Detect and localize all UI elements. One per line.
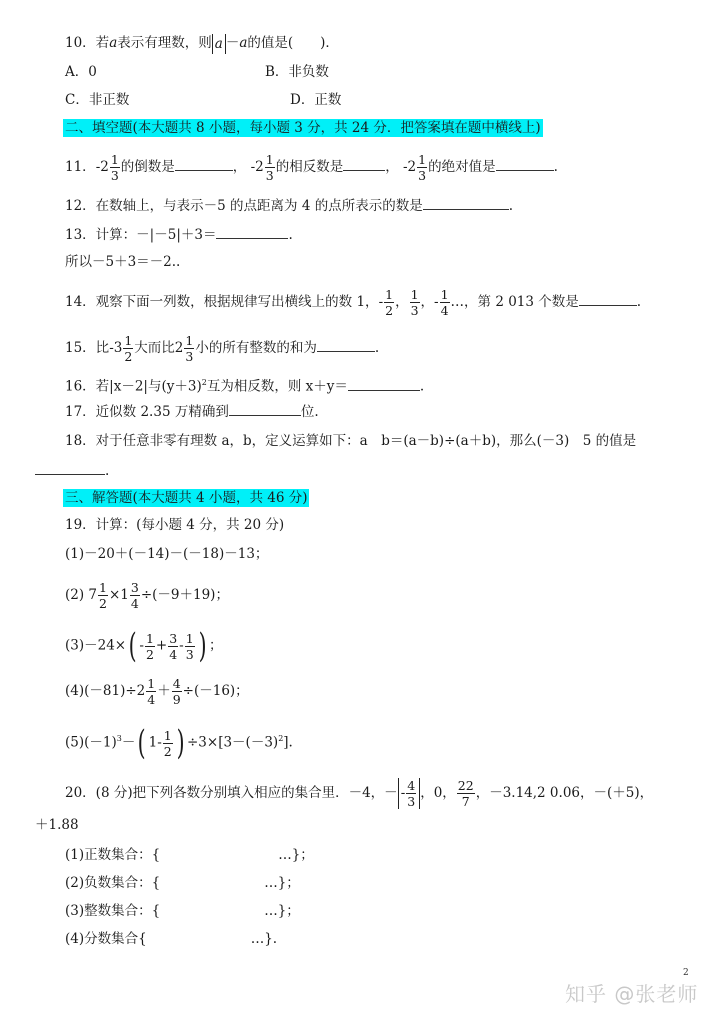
q13-note: 所以－5＋3＝－2.. [65,252,180,272]
answer-blank[interactable] [229,401,301,416]
period: . [105,463,109,479]
section-2-heading-text: 二、填空题(本大题共 8 小题，每小题 3 分，共 24 分．把答案填在题中横线… [63,119,543,137]
fraction: 14 [440,287,450,318]
answer-blank[interactable] [160,845,278,859]
period: . [288,227,292,243]
comma: ， [385,159,399,175]
answer-blank[interactable] [496,156,554,171]
q19-part-1: (1)－20＋(－14)－(－18)－13； [65,544,268,564]
q15-text: 15．比 [65,340,109,356]
mixed-whole: 2 [175,340,184,356]
watermark: 知乎 @张老师 [565,978,698,1007]
q11-text: 的相反数是 [276,159,344,175]
q13-text: 13．计算：－|－5|＋3＝ [65,227,216,243]
q20-continuation: ＋1.88 [35,815,79,835]
q19-part-2: (2) 712×134÷(－9＋19)； [65,580,229,611]
fraction: 13 [110,152,120,183]
answer-blank[interactable] [147,929,251,943]
set-negative: (2)负数集合：{…}； [65,873,300,893]
set-fraction: (4)分数集合{…}. [65,929,277,949]
period: . [420,379,424,395]
q11-number: 11． [65,159,96,175]
q17-end: 位. [301,404,319,420]
set-integer: (3)整数集合：{…}； [65,901,300,921]
q12-text: 12．在数轴上，与表示－5 的点距离为 4 的点所表示的数是 [65,198,423,214]
fraction: 13 [410,287,420,318]
mixed-whole: -2 [251,159,264,175]
question-11: 11．-213的倒数是， -213的相反数是， -213的绝对值是. [65,152,558,183]
option-b: B．非负数 [265,62,329,82]
question-13: 13．计算：－|－5|＋3＝. [65,224,293,245]
answer-blank[interactable] [423,195,509,210]
answer-blank[interactable] [216,224,288,239]
option-c: C．非正数 [65,90,129,110]
q14-text: …，第 2 013 个数是 [451,294,579,310]
question-17: 17．近似数 2.35 万精确到位. [65,401,319,422]
q17-text: 17．近似数 2.35 万精确到 [65,404,229,420]
option-d: D．正数 [290,90,341,110]
fraction: 12 [123,333,133,364]
comma: ， [395,294,409,310]
comma: ， [233,159,247,175]
section-3-heading-text: 三、解答题(本大题共 4 小题，共 46 分) [63,489,309,507]
period: . [637,294,641,310]
fraction: 13 [265,152,275,183]
question-20: 20．(8 分)把下列各数分别填入相应的集合里．－4，－-43，0，227，－3… [65,778,653,809]
mixed-whole: -2 [403,159,416,175]
mixed-whole: -2 [96,159,109,175]
answer-blank[interactable] [160,873,264,887]
question-12: 12．在数轴上，与表示－5 的点距离为 4 的点所表示的数是. [65,195,513,216]
question-10: 10．若a表示有理数，则a－a的值是( )． [65,33,339,54]
q11-text: 的倒数是 [121,159,175,175]
q11-text: 的绝对值是 [428,159,496,175]
abs-a: a [212,34,226,54]
q15-text: 大而比 [134,340,175,356]
answer-blank[interactable] [35,460,105,475]
fraction: 12 [384,287,394,318]
comma: ， [421,294,435,310]
section-3-heading: 三、解答题(本大题共 4 小题，共 46 分) [63,488,309,508]
answer-blank[interactable] [175,156,233,171]
period: . [375,340,379,356]
q19-part-4: (4)(－81)÷214＋49÷(－16)； [65,676,249,707]
section-2-heading: 二、填空题(本大题共 8 小题，每小题 3 分，共 24 分．把答案填在题中横线… [63,118,543,138]
question-16: 16．若|x－2|与(y＋3)2互为相反数，则 x＋y＝. [65,373,424,397]
set-positive: (1)正数集合：{…}； [65,845,314,865]
question-15: 15．比-312大而比213小的所有整数的和为. [65,333,379,364]
q10-text: 表示有理数，则 [117,35,212,51]
q16-text: 16．若|x－2|与(y＋3) [65,379,202,395]
fraction: 13 [184,333,194,364]
q10-text: 的值是( )． [247,35,339,51]
answer-blank[interactable] [343,156,385,171]
answer-blank[interactable] [160,901,264,915]
answer-blank[interactable] [348,376,420,391]
q15-text: 小的所有整数的和为 [195,340,317,356]
period: . [509,198,513,214]
question-18: 18．对于任意非零有理数 a，b，定义运算如下：a b＝(a－b)÷(a＋b)，… [65,431,636,451]
q10-text: 10．若 [65,35,109,51]
question-14: 14．观察下面一列数，根据规律写出横线上的数 1，-12，13，-14…，第 2… [65,287,641,318]
fraction: 13 [417,152,427,183]
minus: - [379,294,384,310]
mixed-whole: -3 [109,340,122,356]
q18-answer-line: . [35,460,109,481]
q19-part-5: (5)(－1)3－(1-12)÷3×[3－(－3)2]. [65,725,293,761]
q14-text: 14．观察下面一列数，根据规律写出横线上的数 1， [65,294,379,310]
answer-blank[interactable] [579,291,637,306]
minus: - [434,294,439,310]
page-number: 2 [683,968,689,978]
minus: － [226,35,240,51]
option-a: A．0 [65,62,97,82]
q16-text: 互为相反数，则 x＋y＝ [207,379,348,395]
period: . [554,159,558,175]
question-19-title: 19．计算：(每小题 4 分，共 20 分) [65,515,284,535]
q19-part-3: (3)－24×(-12+34-13)； [65,628,222,664]
answer-blank[interactable] [317,337,375,352]
